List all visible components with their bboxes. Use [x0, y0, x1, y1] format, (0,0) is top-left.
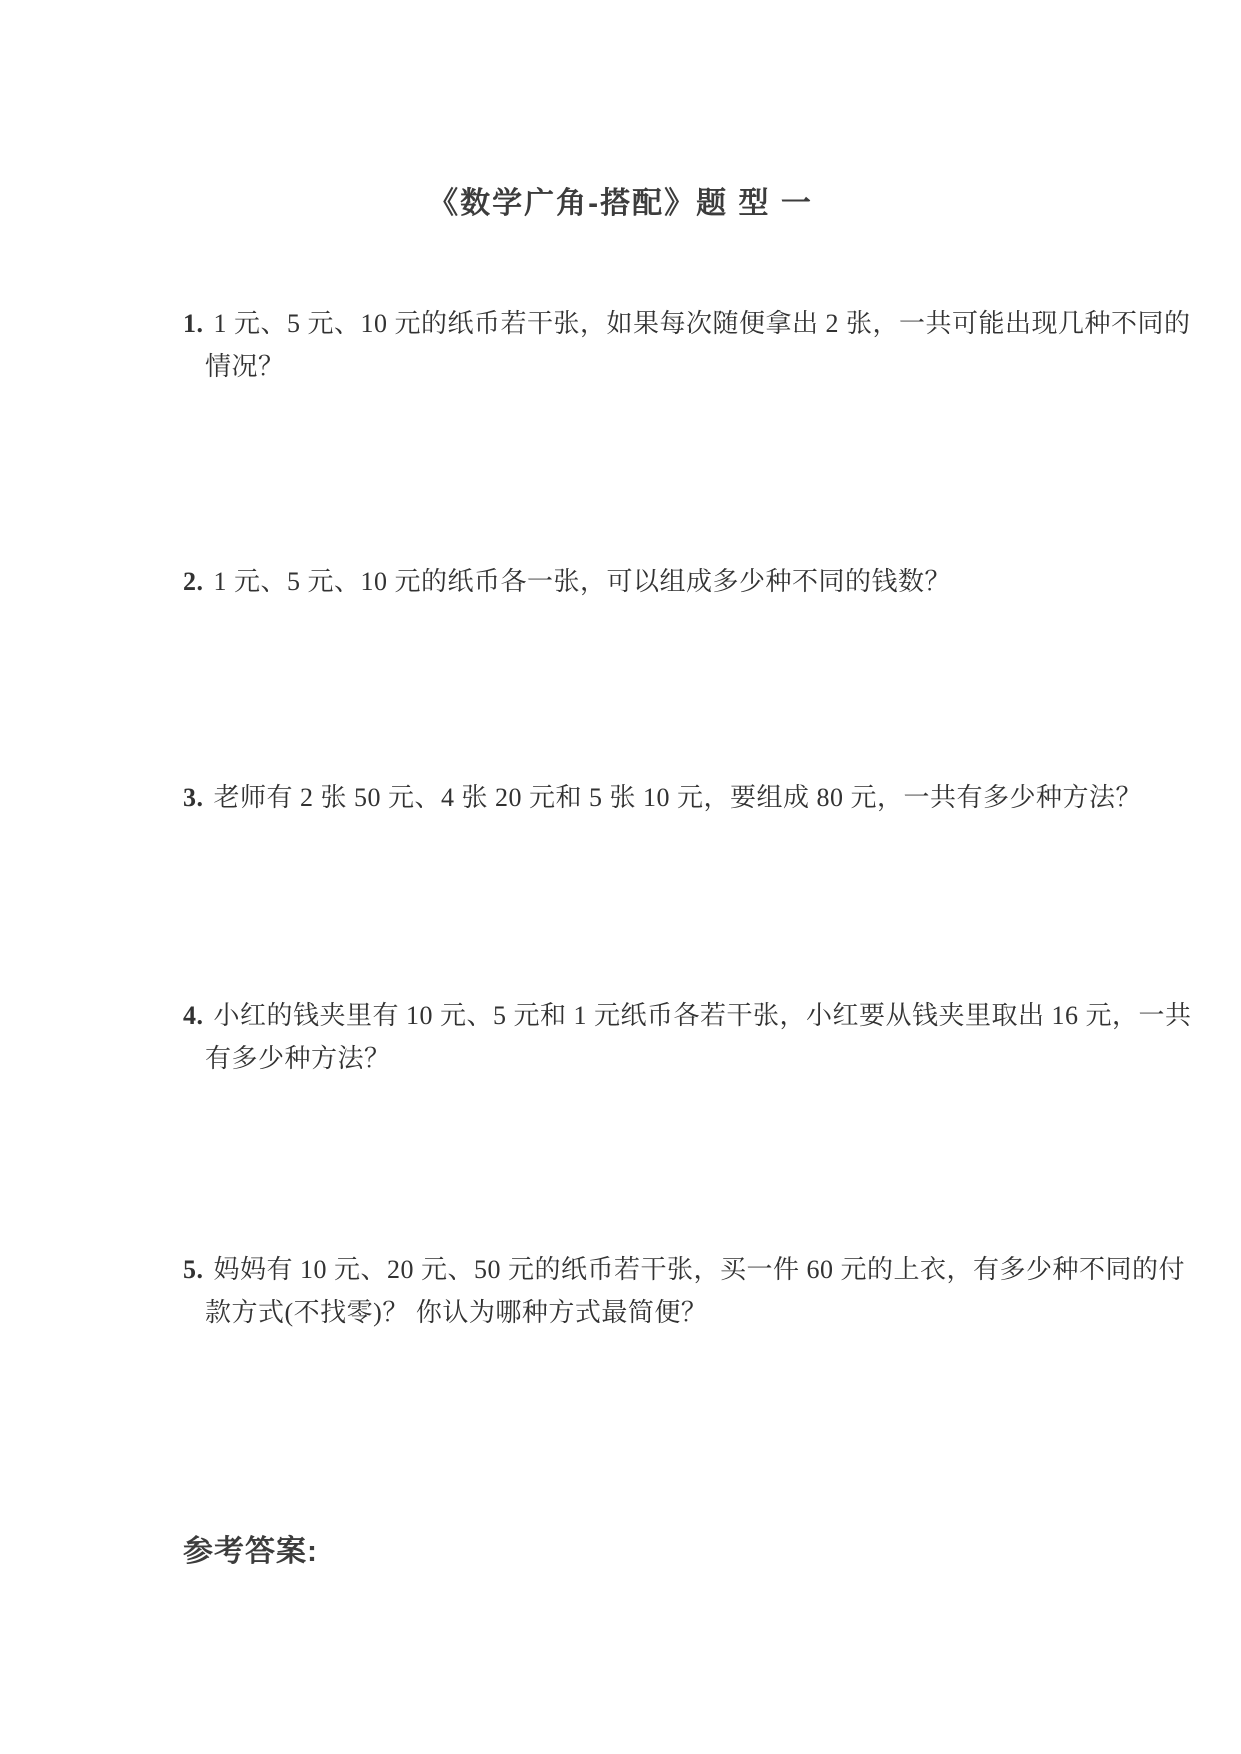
question-5-text: 妈妈有 10 元、20 元、50 元的纸币若干张，买一件 60 元的上衣，有多少…	[205, 1255, 1185, 1327]
worksheet-page: 《数学广角-搭配》题 型 一 1.1 元、5 元、10 元的纸币若干张，如果每次…	[0, 0, 1241, 1754]
question-1: 1.1 元、5 元、10 元的纸币若干张，如果每次随便拿出 2 张，一共可能出现…	[183, 302, 1210, 388]
answers-heading: 参考答案:	[183, 1526, 318, 1570]
question-3-number: 3.	[183, 783, 214, 812]
question-4-number: 4.	[183, 1001, 214, 1030]
question-1-text: 1 元、5 元、10 元的纸币若干张，如果每次随便拿出 2 张，一共可能出现几种…	[205, 309, 1191, 381]
question-1-number: 1.	[183, 309, 214, 338]
page-title: 《数学广角-搭配》题 型 一	[0, 178, 1241, 222]
question-2-text: 1 元、5 元、10 元的纸币各一张，可以组成多少种不同的钱数？	[214, 567, 952, 596]
question-5-number: 5.	[183, 1255, 214, 1284]
question-2: 2.1 元、5 元、10 元的纸币各一张，可以组成多少种不同的钱数？	[183, 560, 1210, 603]
question-4: 4.小红的钱夹里有 10 元、5 元和 1 元纸币各若干张，小红要从钱夹里取出 …	[183, 994, 1210, 1080]
question-3: 3.老师有 2 张 50 元、4 张 20 元和 5 张 10 元，要组成 80…	[183, 776, 1210, 819]
question-5: 5.妈妈有 10 元、20 元、50 元的纸币若干张，买一件 60 元的上衣，有…	[183, 1248, 1210, 1334]
question-2-number: 2.	[183, 567, 214, 596]
question-4-text: 小红的钱夹里有 10 元、5 元和 1 元纸币各若干张，小红要从钱夹里取出 16…	[205, 1001, 1192, 1073]
question-3-text: 老师有 2 张 50 元、4 张 20 元和 5 张 10 元，要组成 80 元…	[214, 783, 1143, 812]
